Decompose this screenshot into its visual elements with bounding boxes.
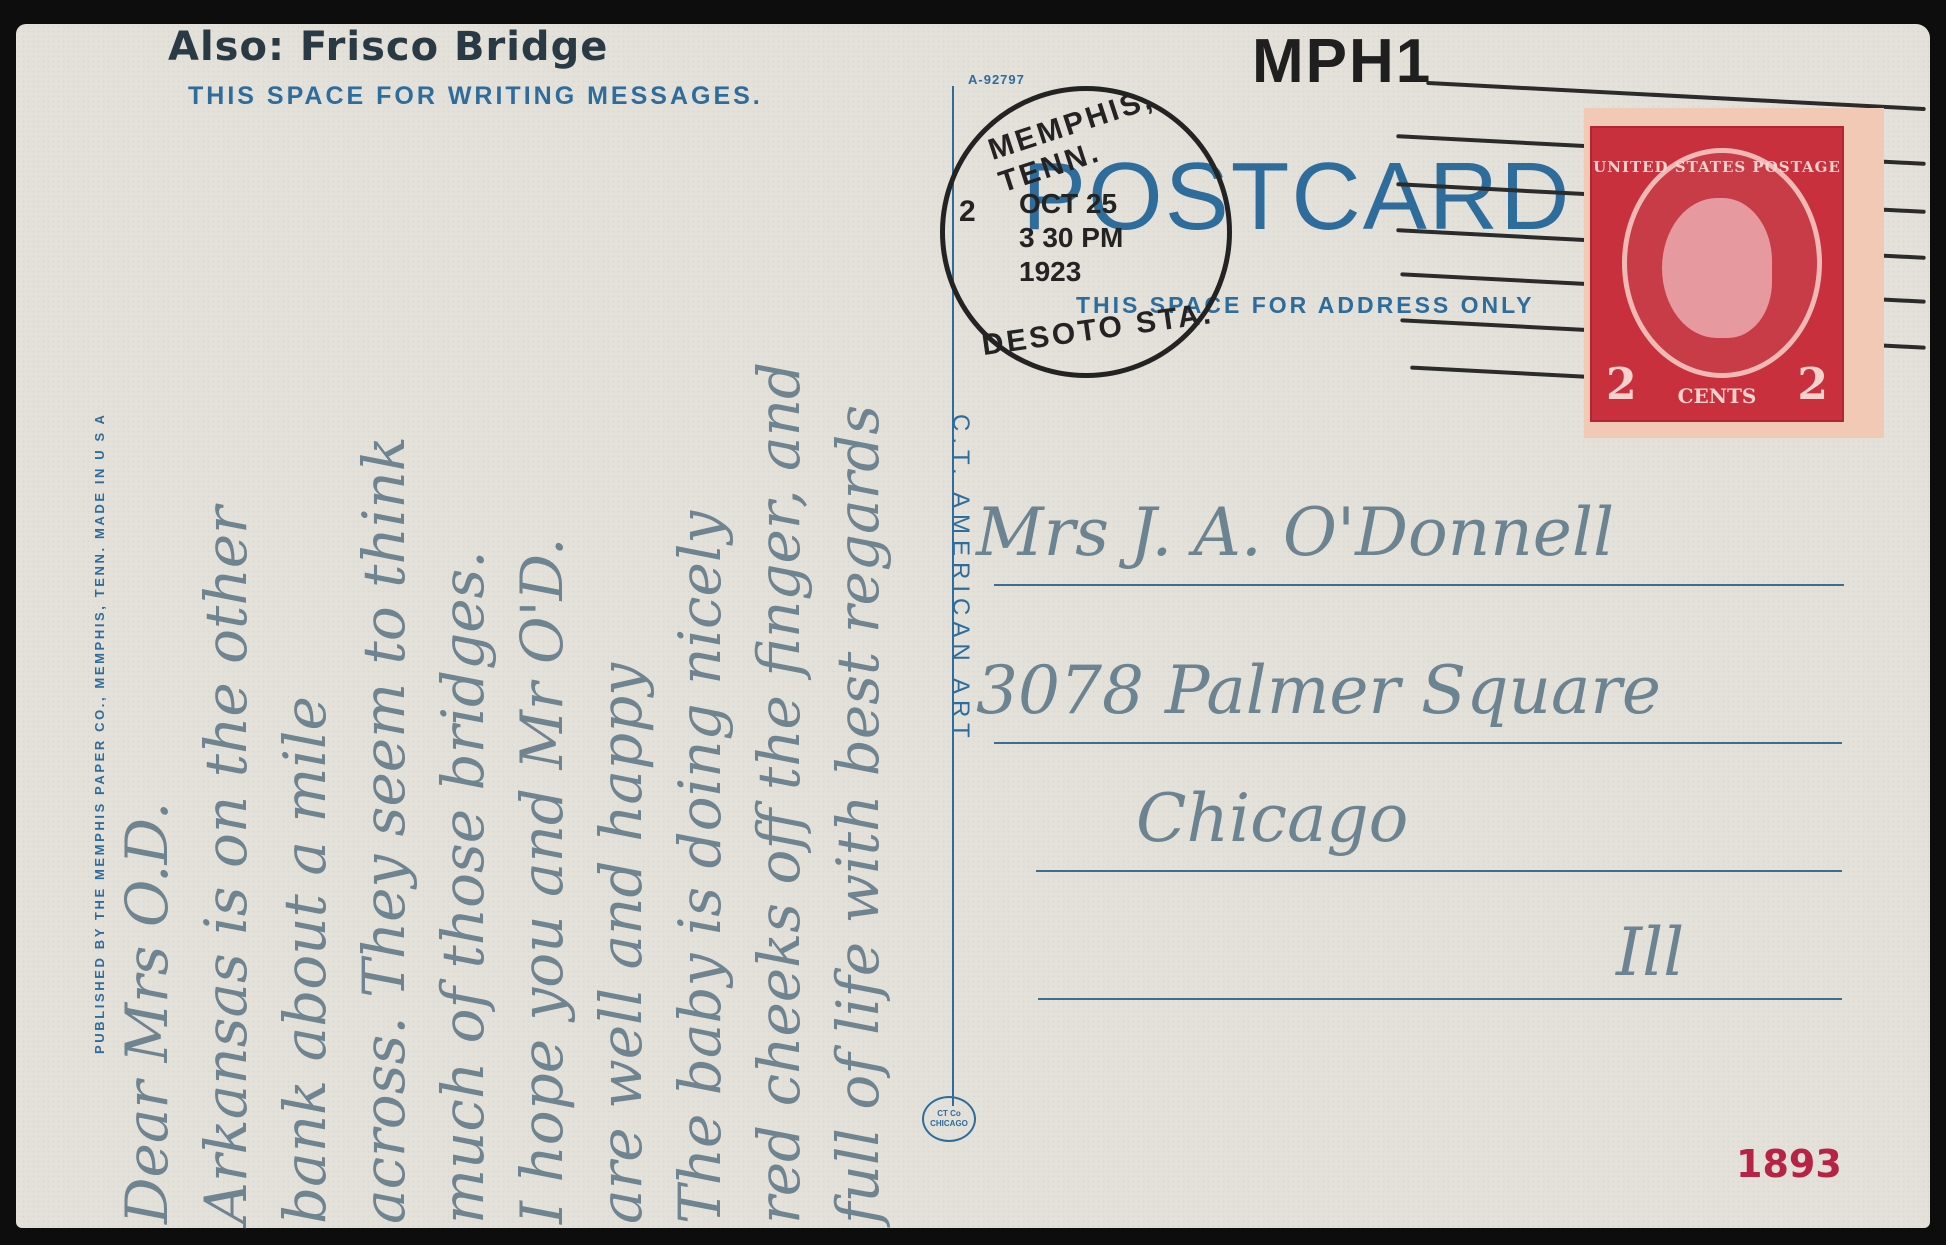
washington-portrait-icon	[1662, 198, 1772, 338]
recipient-state: Ill	[1616, 914, 1684, 991]
postmark: MEMPHIS, TENN. 2 DESOTO STA. OCT 25 3 30…	[940, 86, 1232, 378]
postmark-station: DESOTO STA.	[980, 297, 1216, 363]
serial-number: A-92797	[968, 72, 1025, 87]
message-line: bank about a mile	[266, 124, 345, 1224]
message-line: Arkansas is on the other	[187, 124, 266, 1224]
message-area-header: THIS SPACE FOR WRITING MESSAGES.	[188, 82, 763, 111]
handwritten-annotation: Also: Frisco Bridge	[168, 24, 608, 70]
message-line: Dear Mrs O.D.	[108, 124, 187, 1224]
recipient-city: Chicago	[1136, 780, 1408, 857]
stamp-denomination: 2	[1606, 359, 1637, 410]
message-line: I hope you and Mr O'D.	[503, 124, 582, 1224]
postmark-station-number: 2	[959, 195, 979, 229]
message-line: are well and happy	[582, 124, 661, 1224]
address-rule	[1036, 870, 1842, 872]
handwritten-message: Dear Mrs O.D. Arkansas is on the other b…	[108, 124, 898, 1224]
publisher-imprint: PUBLISHED BY THE MEMPHIS PAPER CO., MEMP…	[92, 413, 107, 1054]
message-line: much of those bridges.	[424, 124, 503, 1224]
postmark-date: OCT 25 3 30 PM 1923	[1019, 187, 1123, 289]
printer-credit: C.T. AMERICAN ART	[946, 414, 974, 744]
recipient-street: 3078 Palmer Square	[976, 652, 1661, 729]
stamp-cents: CENTS	[1662, 384, 1772, 408]
postage-stamp: UNITED STATES POSTAGE 2 2 CENTS	[1584, 108, 1884, 438]
address-rule	[994, 584, 1844, 586]
stamp-inscription: UNITED STATES POSTAGE	[1592, 158, 1842, 176]
catalog-number: 1893	[1736, 1142, 1842, 1186]
message-line: The baby is doing nicely	[661, 124, 740, 1224]
message-line: full of life with best regards	[819, 124, 898, 1224]
printer-logo-icon: CT Co CHICAGO	[922, 1096, 976, 1142]
stamp-denomination: 2	[1797, 359, 1828, 410]
message-line: red cheeks off the finger, and	[740, 124, 819, 1224]
address-rule	[1038, 998, 1842, 1000]
message-line: across. They seem to think	[345, 124, 424, 1224]
address-rule	[994, 742, 1842, 744]
recipient-name: Mrs J. A. O'Donnell	[976, 494, 1614, 571]
postcard-back: Also: Frisco Bridge THIS SPACE FOR WRITI…	[16, 24, 1930, 1228]
